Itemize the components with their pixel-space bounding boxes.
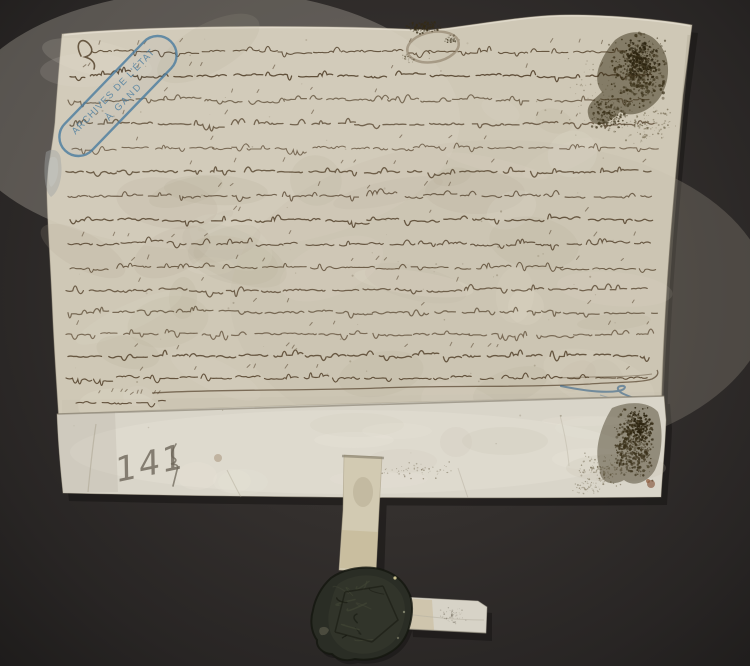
wax-seal <box>311 567 412 660</box>
seal-glint <box>393 576 396 579</box>
rust-spot <box>214 454 222 462</box>
seal-tag-lower-tan <box>340 530 378 570</box>
charter-photo-canvas: ARCHIVES DE L'ÉTAT À GAND 141 <box>0 0 750 666</box>
plica-left-shading <box>57 412 118 493</box>
seal-tag-smudge <box>353 477 373 507</box>
photograph: ARCHIVES DE L'ÉTAT À GAND 141 <box>0 0 750 666</box>
seal-glint <box>397 637 399 639</box>
rust-spot <box>646 479 650 483</box>
seal-glint <box>403 611 405 613</box>
